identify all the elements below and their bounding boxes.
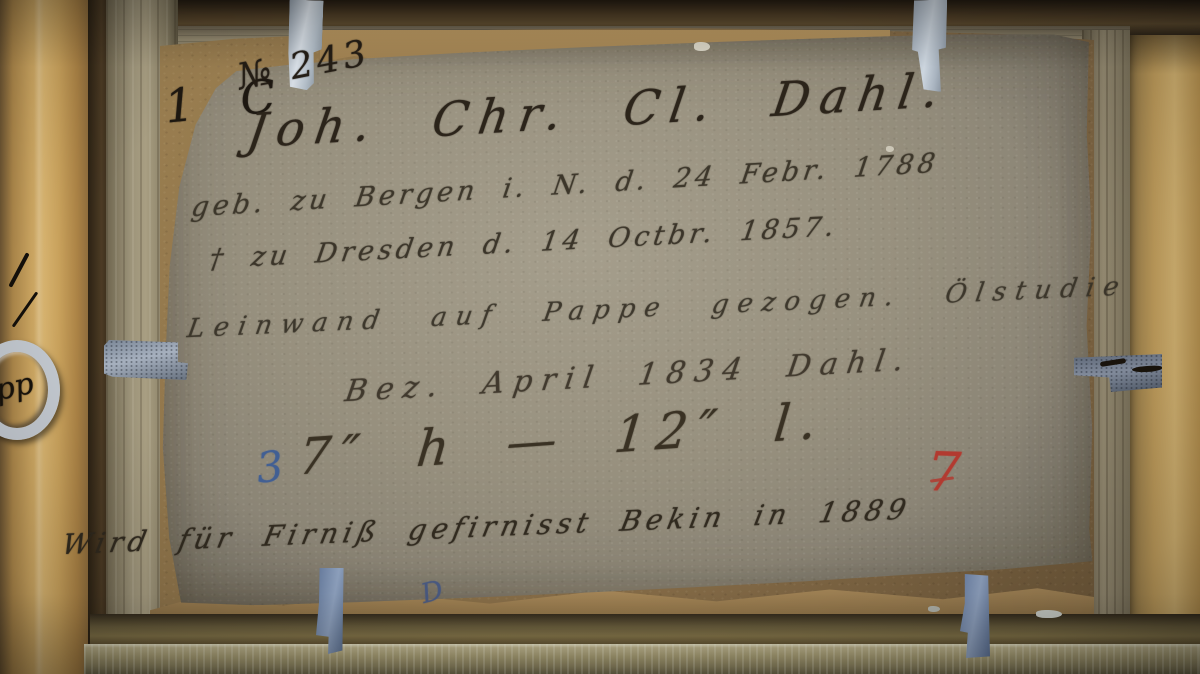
frame-left-board [0,0,92,674]
gilt-frame-moulding-edge [84,644,1200,674]
paint-chip [1036,610,1062,618]
paper-chip [694,42,710,51]
blue-pencil-number: 3 [254,441,286,493]
red-pencil-number: 7 [926,440,963,504]
photo-back-of-painting: 1 C № 243 Joh. Chr. Cl. Dahl. geb. zu Be… [0,0,1200,674]
wood-highlight-streak [34,0,44,674]
metal-clip-middle-left [104,340,188,380]
frame-right-board [1126,0,1200,674]
paint-chip [928,606,940,612]
